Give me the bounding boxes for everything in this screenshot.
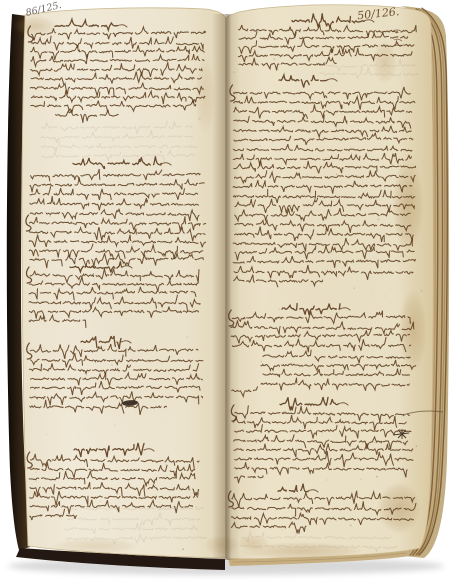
paper-speckle	[300, 220, 302, 222]
paper-speckle	[173, 78, 174, 79]
paper-speckle	[160, 73, 162, 75]
paper-speckle	[415, 445, 417, 447]
paper-speckle	[307, 174, 308, 175]
paper-speckle	[420, 290, 422, 292]
paper-speckle	[278, 308, 280, 310]
paper-speckle	[307, 404, 308, 405]
paper-speckle	[179, 375, 180, 376]
paper-speckle	[88, 29, 89, 30]
paper-speckle	[376, 476, 378, 478]
paper-speckle	[136, 282, 138, 284]
paper-speckle	[273, 58, 275, 60]
paper-speckle	[361, 261, 363, 263]
paper-speckle	[260, 411, 261, 412]
paper-speckle	[91, 100, 92, 101]
paper-speckle	[259, 145, 261, 147]
paper-speckle	[371, 290, 372, 291]
manuscript-photo: 86/125. 50/126.	[0, 0, 450, 580]
paper-speckle	[154, 192, 156, 194]
paper-speckle	[111, 364, 113, 366]
paper-speckle	[52, 157, 53, 158]
paper-speckle	[296, 501, 297, 502]
paper-speckle	[180, 304, 182, 306]
paper-speckle	[250, 446, 251, 447]
paper-speckle	[354, 287, 355, 288]
manuscript-scene: 86/125. 50/126.	[0, 0, 450, 580]
paper-speckle	[234, 72, 235, 73]
paper-speckle	[324, 446, 325, 447]
paper-speckle	[374, 441, 376, 443]
paper-speckle	[352, 545, 353, 546]
paper-speckle	[370, 441, 371, 442]
paper-speckle	[46, 434, 47, 435]
paper-speckle	[160, 151, 162, 153]
paper-speckle	[100, 500, 102, 502]
paper-speckle	[186, 336, 188, 338]
paper-speckle	[49, 215, 51, 217]
paper-speckle	[71, 231, 72, 232]
paper-speckle	[333, 449, 334, 450]
paper-speckle	[35, 480, 37, 482]
paper-speckle	[43, 487, 44, 488]
paper-speckle	[249, 308, 250, 309]
paper-speckle	[350, 525, 352, 527]
paper-speckle	[366, 421, 367, 422]
paper-speckle	[142, 291, 144, 293]
paper-speckle	[282, 529, 283, 530]
paper-speckle	[300, 28, 301, 29]
paper-speckle	[384, 296, 385, 297]
paper-speckle	[93, 293, 94, 294]
paper-speckle	[36, 472, 37, 473]
paper-speckle	[182, 548, 184, 550]
paper-speckle	[291, 310, 292, 311]
paper-speckle	[319, 100, 320, 101]
paper-speckle	[193, 309, 195, 311]
paper-speckle	[195, 506, 197, 508]
paper-speckle	[395, 317, 397, 319]
paper-speckle	[303, 194, 305, 196]
paper-speckle	[205, 537, 206, 538]
paper-speckle	[39, 196, 41, 198]
paper-speckle	[363, 342, 364, 343]
paper-speckle	[260, 361, 262, 363]
paper-speckle	[128, 42, 129, 43]
paper-speckle	[329, 131, 330, 132]
paper-speckle	[93, 255, 94, 256]
paper-speckle	[257, 54, 259, 56]
paper-speckle	[199, 118, 201, 120]
paper-speckle	[336, 173, 338, 175]
paper-speckle	[238, 317, 240, 319]
paper-speckle	[328, 102, 330, 104]
paper-speckle	[41, 365, 43, 367]
paper-speckle	[233, 421, 235, 423]
paper-speckle	[146, 72, 148, 74]
paper-speckle	[251, 103, 252, 104]
paper-speckle	[121, 66, 123, 68]
paper-speckle	[70, 216, 72, 218]
paper-speckle	[294, 515, 296, 517]
paper-speckle	[118, 28, 119, 29]
paper-speckle	[312, 72, 313, 73]
paper-speckle	[73, 95, 75, 97]
paper-speckle	[326, 479, 327, 480]
paper-speckle	[81, 504, 82, 505]
paper-speckle	[377, 218, 379, 220]
paper-speckle	[412, 89, 413, 90]
paper-speckle	[217, 460, 218, 461]
paper-speckle	[114, 424, 115, 425]
paper-speckle	[360, 478, 362, 480]
paper-speckle	[370, 46, 371, 47]
